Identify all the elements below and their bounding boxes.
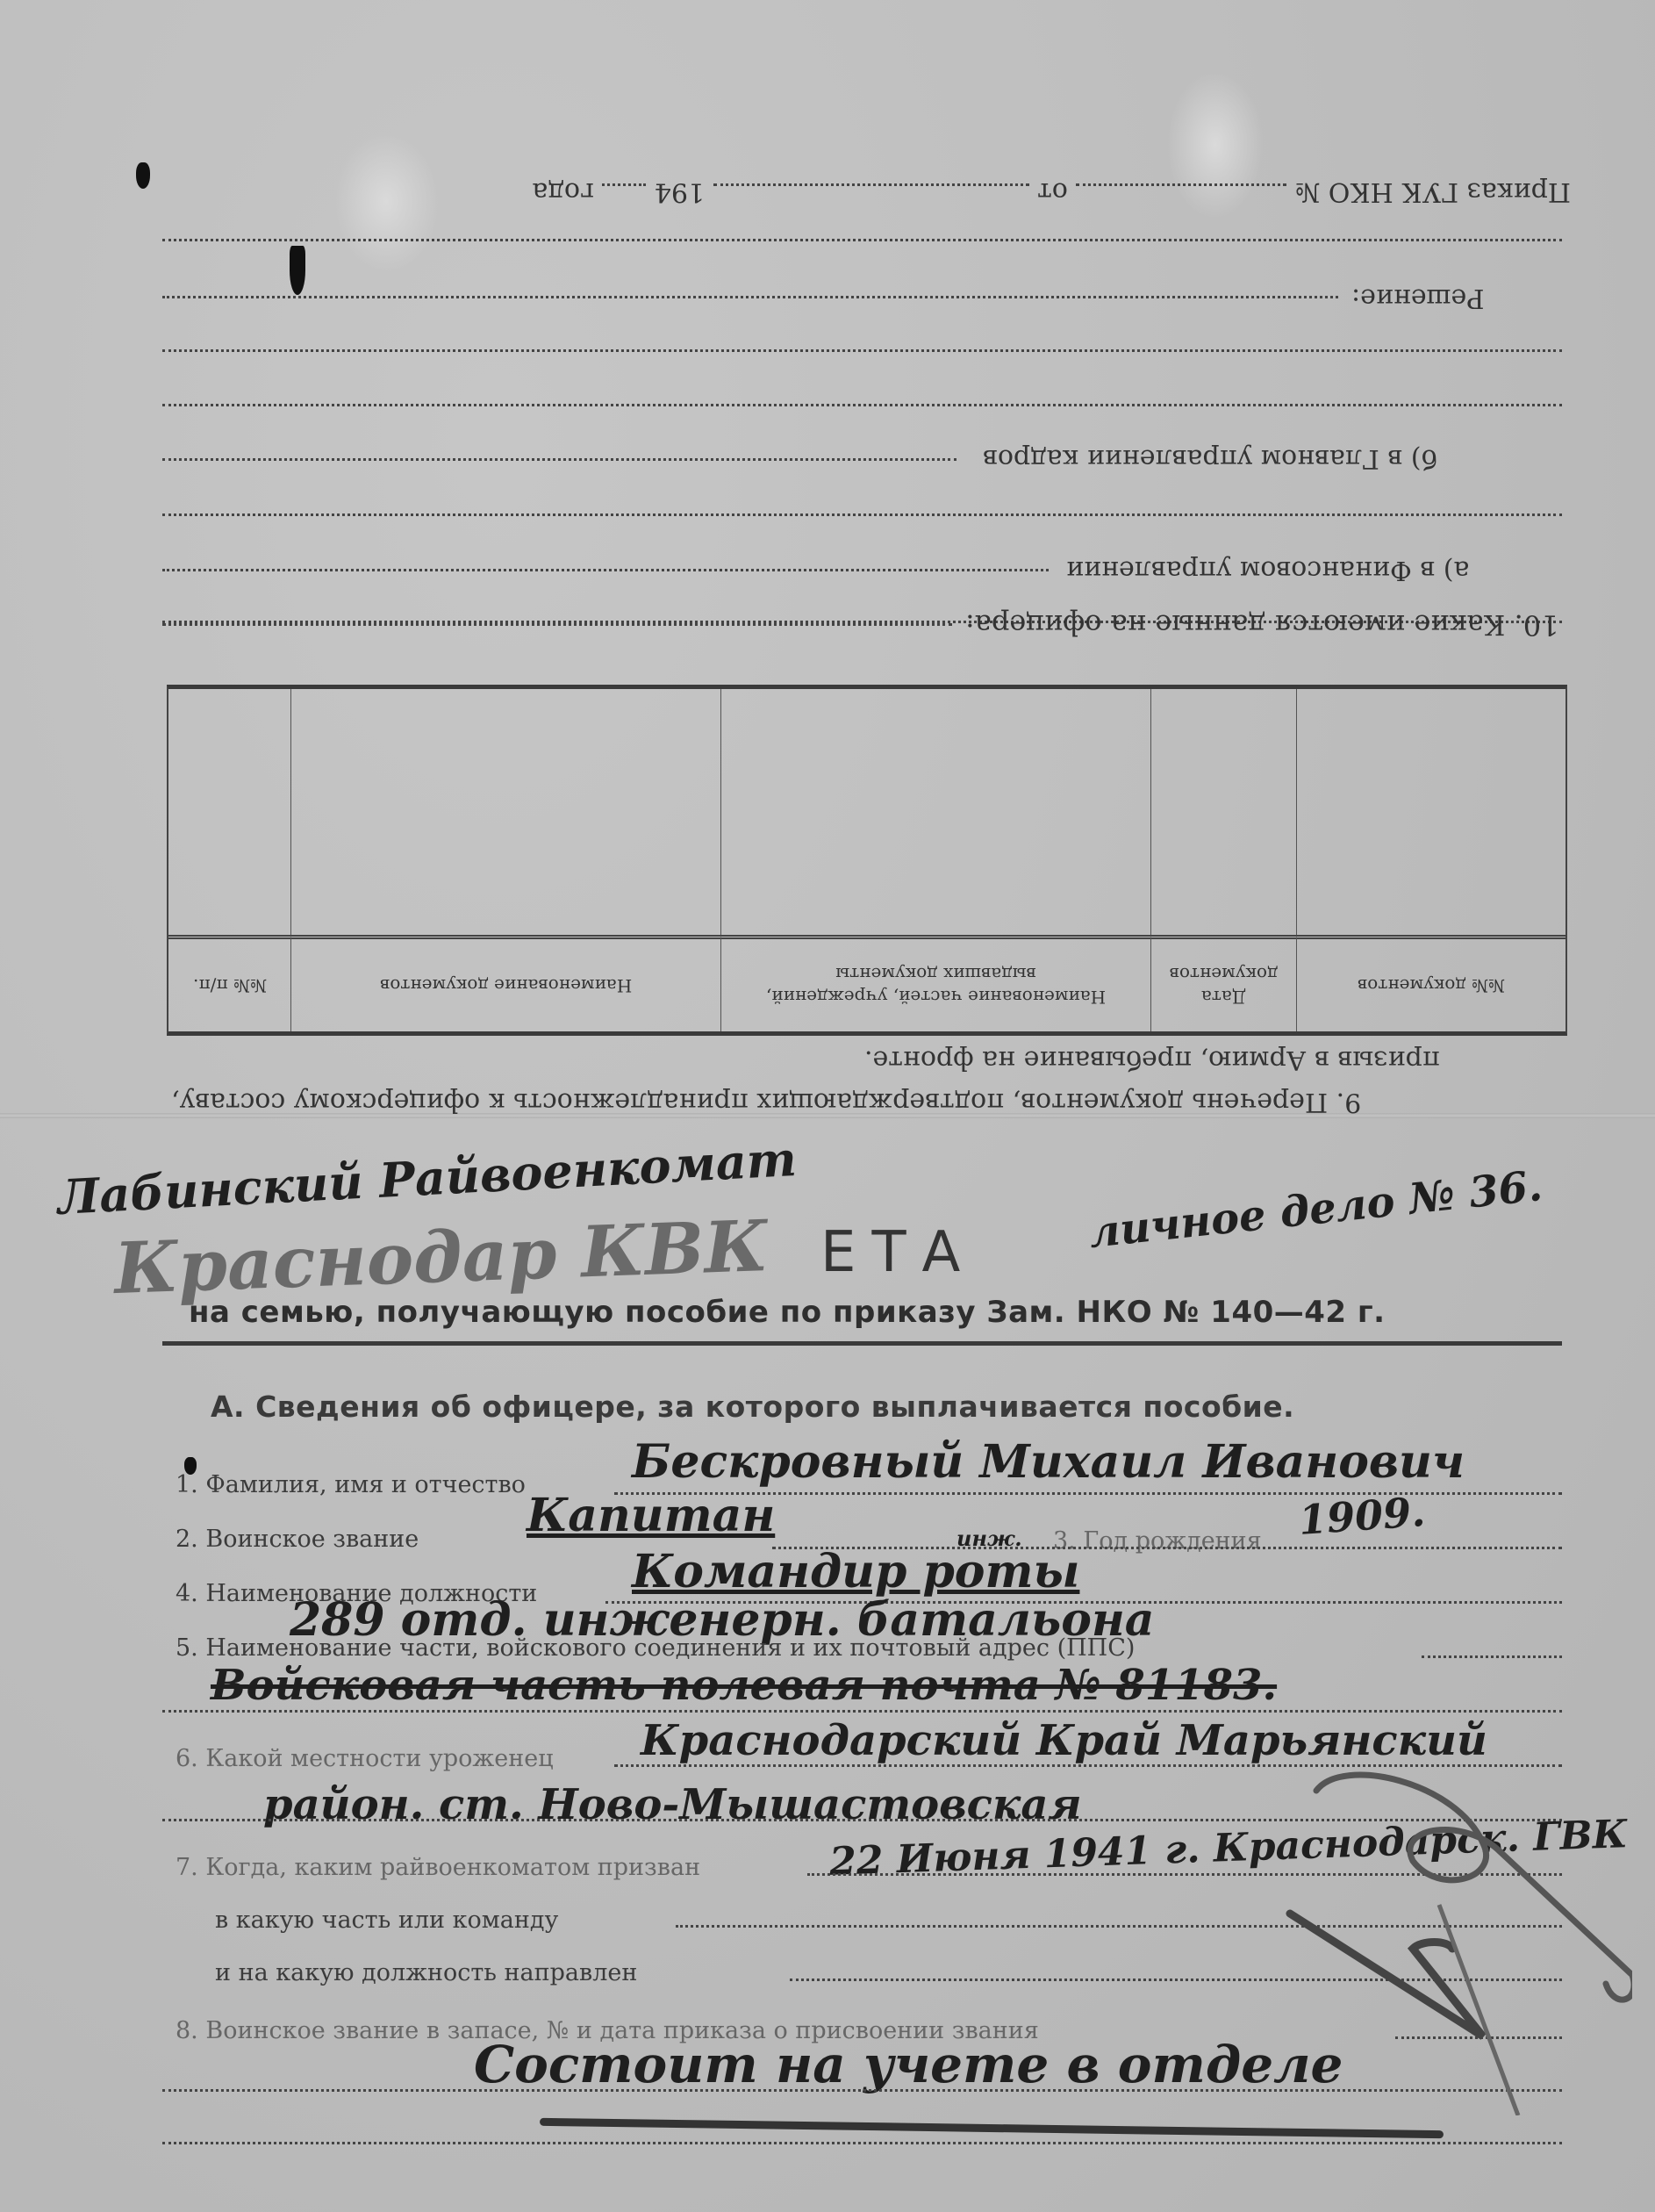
field-6-value-line2: район. ст. Ново-Мышастовская: [263, 1780, 1082, 1829]
decision-label: Решение:: [1351, 283, 1484, 313]
dotted-line: [162, 513, 1562, 516]
form-subtitle: на семью, получающую пособие по приказу …: [189, 1295, 1386, 1330]
item-a-label: а) в Финансовом управлении: [1066, 555, 1469, 585]
order-year-prefix: 194: [655, 176, 705, 207]
paper-hole: [290, 246, 305, 295]
field-7c-label: и на какую должность направлен: [215, 1959, 637, 1986]
item-9-line1: 9. Перечень документов, подтверждающих п…: [171, 1087, 1361, 1117]
dotted-line: [162, 349, 1562, 352]
column-header: №№ документов: [1297, 935, 1565, 1031]
field-5-label: 5. Наименование части, войскового соедин…: [176, 1634, 1135, 1662]
field-8-value: Состоит на учете в отделе: [474, 2035, 1343, 2094]
paper-hole: [136, 162, 150, 189]
dotted-line: [162, 569, 1049, 571]
field-3-label: 3. Год рождения: [1053, 1527, 1262, 1555]
dotted-line: [162, 1710, 1562, 1713]
pencil-signature: [1264, 1747, 1632, 2115]
section-a-heading: А. Сведения об офицере, за которого выпл…: [211, 1390, 1294, 1424]
table-cell: [291, 689, 721, 935]
dotted-line: [162, 404, 1562, 406]
table-cell: [721, 689, 1151, 935]
field-4-value: Командир роты: [632, 1545, 1079, 1598]
field-6-label: 6. Какой местности уроженец: [176, 1745, 554, 1772]
field-3-value: 1909.: [1297, 1488, 1426, 1544]
table-cell: [1297, 689, 1565, 935]
form-title: ЕТА: [820, 1220, 976, 1285]
dotted-line: [162, 623, 952, 626]
order-from: от: [1037, 176, 1068, 207]
order-year-suffix: года: [533, 176, 594, 207]
dotted-line: [162, 458, 956, 461]
field-7b-label: в какую часть или команду: [215, 1907, 558, 1934]
dotted-line: [162, 2142, 1562, 2144]
field-2-value: Капитан: [527, 1489, 775, 1542]
column-header: Наименование документов: [291, 935, 721, 1031]
field-5-value: Войсковая часть полевая почта № 81183.: [211, 1661, 1277, 1710]
column-header: Дата документов: [1151, 935, 1297, 1031]
dotted-line: [1422, 1655, 1562, 1658]
item-b-label: б) в Главном управлении кадров: [983, 443, 1437, 474]
dotted-line: [162, 239, 1562, 241]
table-cell: [1151, 689, 1297, 935]
item-9-line2: призыв в Армию, пребывание на фронте.: [864, 1045, 1440, 1075]
column-header: Наименование частей, учреждений, выдавши…: [721, 935, 1151, 1031]
divider: [162, 1341, 1562, 1346]
column-header: №№ п/п.: [168, 935, 291, 1031]
order-line: Приказ ГУК НКО № от 194 года: [404, 172, 1571, 207]
documents-table: №№ п/п. Наименование документов Наименов…: [167, 685, 1567, 1036]
dotted-line: [162, 296, 1338, 298]
field-7-label: 7. Когда, каким райвоенкоматом призван: [176, 1854, 700, 1881]
order-label: Приказ ГУК НКО №: [1295, 176, 1571, 207]
field-1-label: 1. Фамилия, имя и отчество: [176, 1471, 526, 1498]
field-1-value: Бескровный Михаил Иванович: [632, 1435, 1465, 1489]
field-2-label: 2. Воинское звание: [176, 1526, 419, 1553]
table-cell: [168, 689, 291, 935]
item-10-label: 10. Какие имеются данные на офицера:: [965, 608, 1558, 642]
